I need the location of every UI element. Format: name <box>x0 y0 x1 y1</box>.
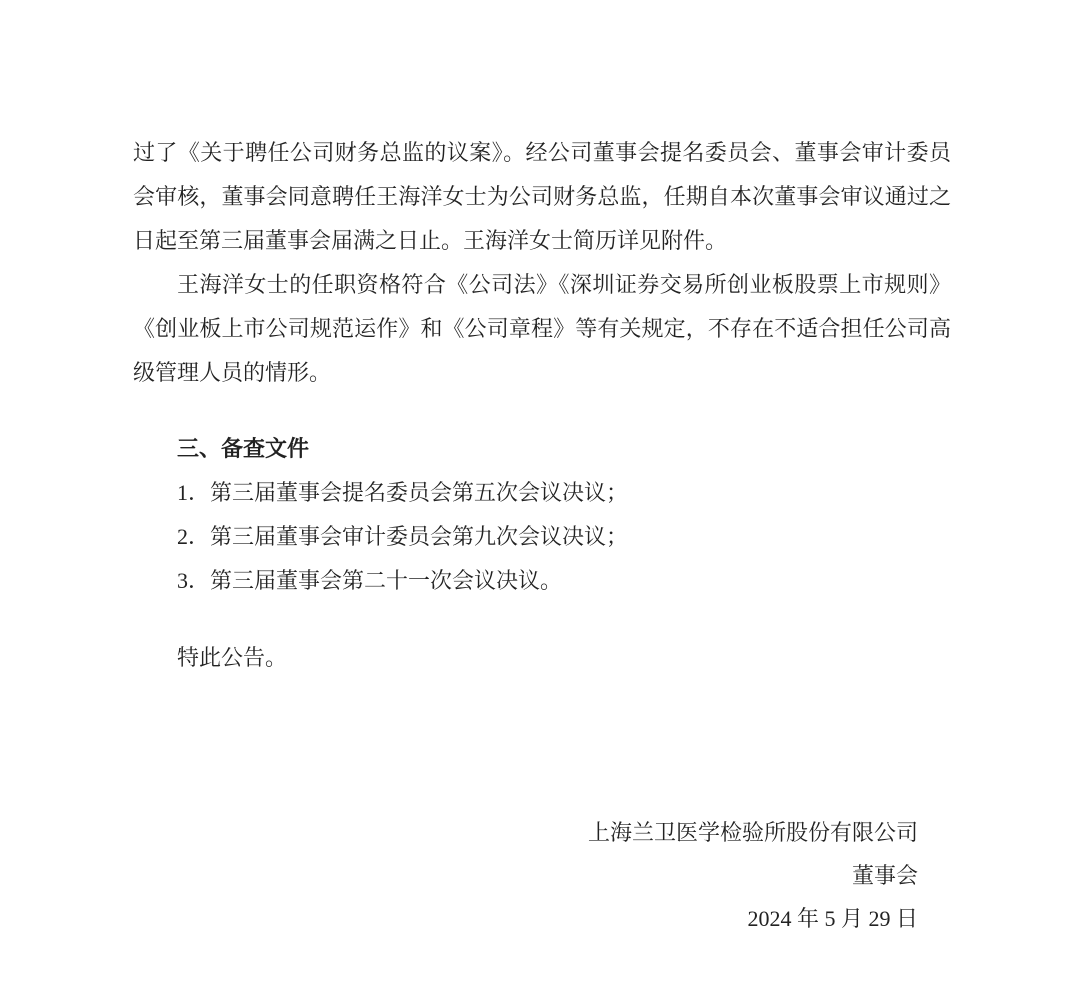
signature-date: 2024 年 5 月 29 日 <box>133 897 918 940</box>
reference-document-item-3: 3．第三届董事会第二十一次会议决议。 <box>133 559 951 603</box>
signature-board-of-directors: 董事会 <box>133 854 918 897</box>
document-page: 过了《关于聘任公司财务总监的议案》。经公司董事会提名委员会、董事会审计委员会审核… <box>0 0 1080 1002</box>
closing-statement: 特此公告。 <box>133 636 951 680</box>
reference-document-item-2: 2．第三届董事会审计委员会第九次会议决议； <box>133 515 951 559</box>
reference-document-item-1: 1．第三届董事会提名委员会第五次会议决议； <box>133 471 951 515</box>
document-content: 过了《关于聘任公司财务总监的议案》。经公司董事会提名委员会、董事会审计委员会审核… <box>133 0 951 940</box>
paragraph-appointment-resolution: 过了《关于聘任公司财务总监的议案》。经公司董事会提名委员会、董事会审计委员会审核… <box>133 131 951 263</box>
signature-block: 上海兰卫医学检验所股份有限公司 董事会 2024 年 5 月 29 日 <box>133 811 951 940</box>
section-heading-reference-documents: 三、备查文件 <box>133 427 951 471</box>
signature-company-name: 上海兰卫医学检验所股份有限公司 <box>133 811 918 854</box>
paragraph-qualification-statement: 王海洋女士的任职资格符合《公司法》《深圳证券交易所创业板股票上市规则》《创业板上… <box>133 263 951 395</box>
